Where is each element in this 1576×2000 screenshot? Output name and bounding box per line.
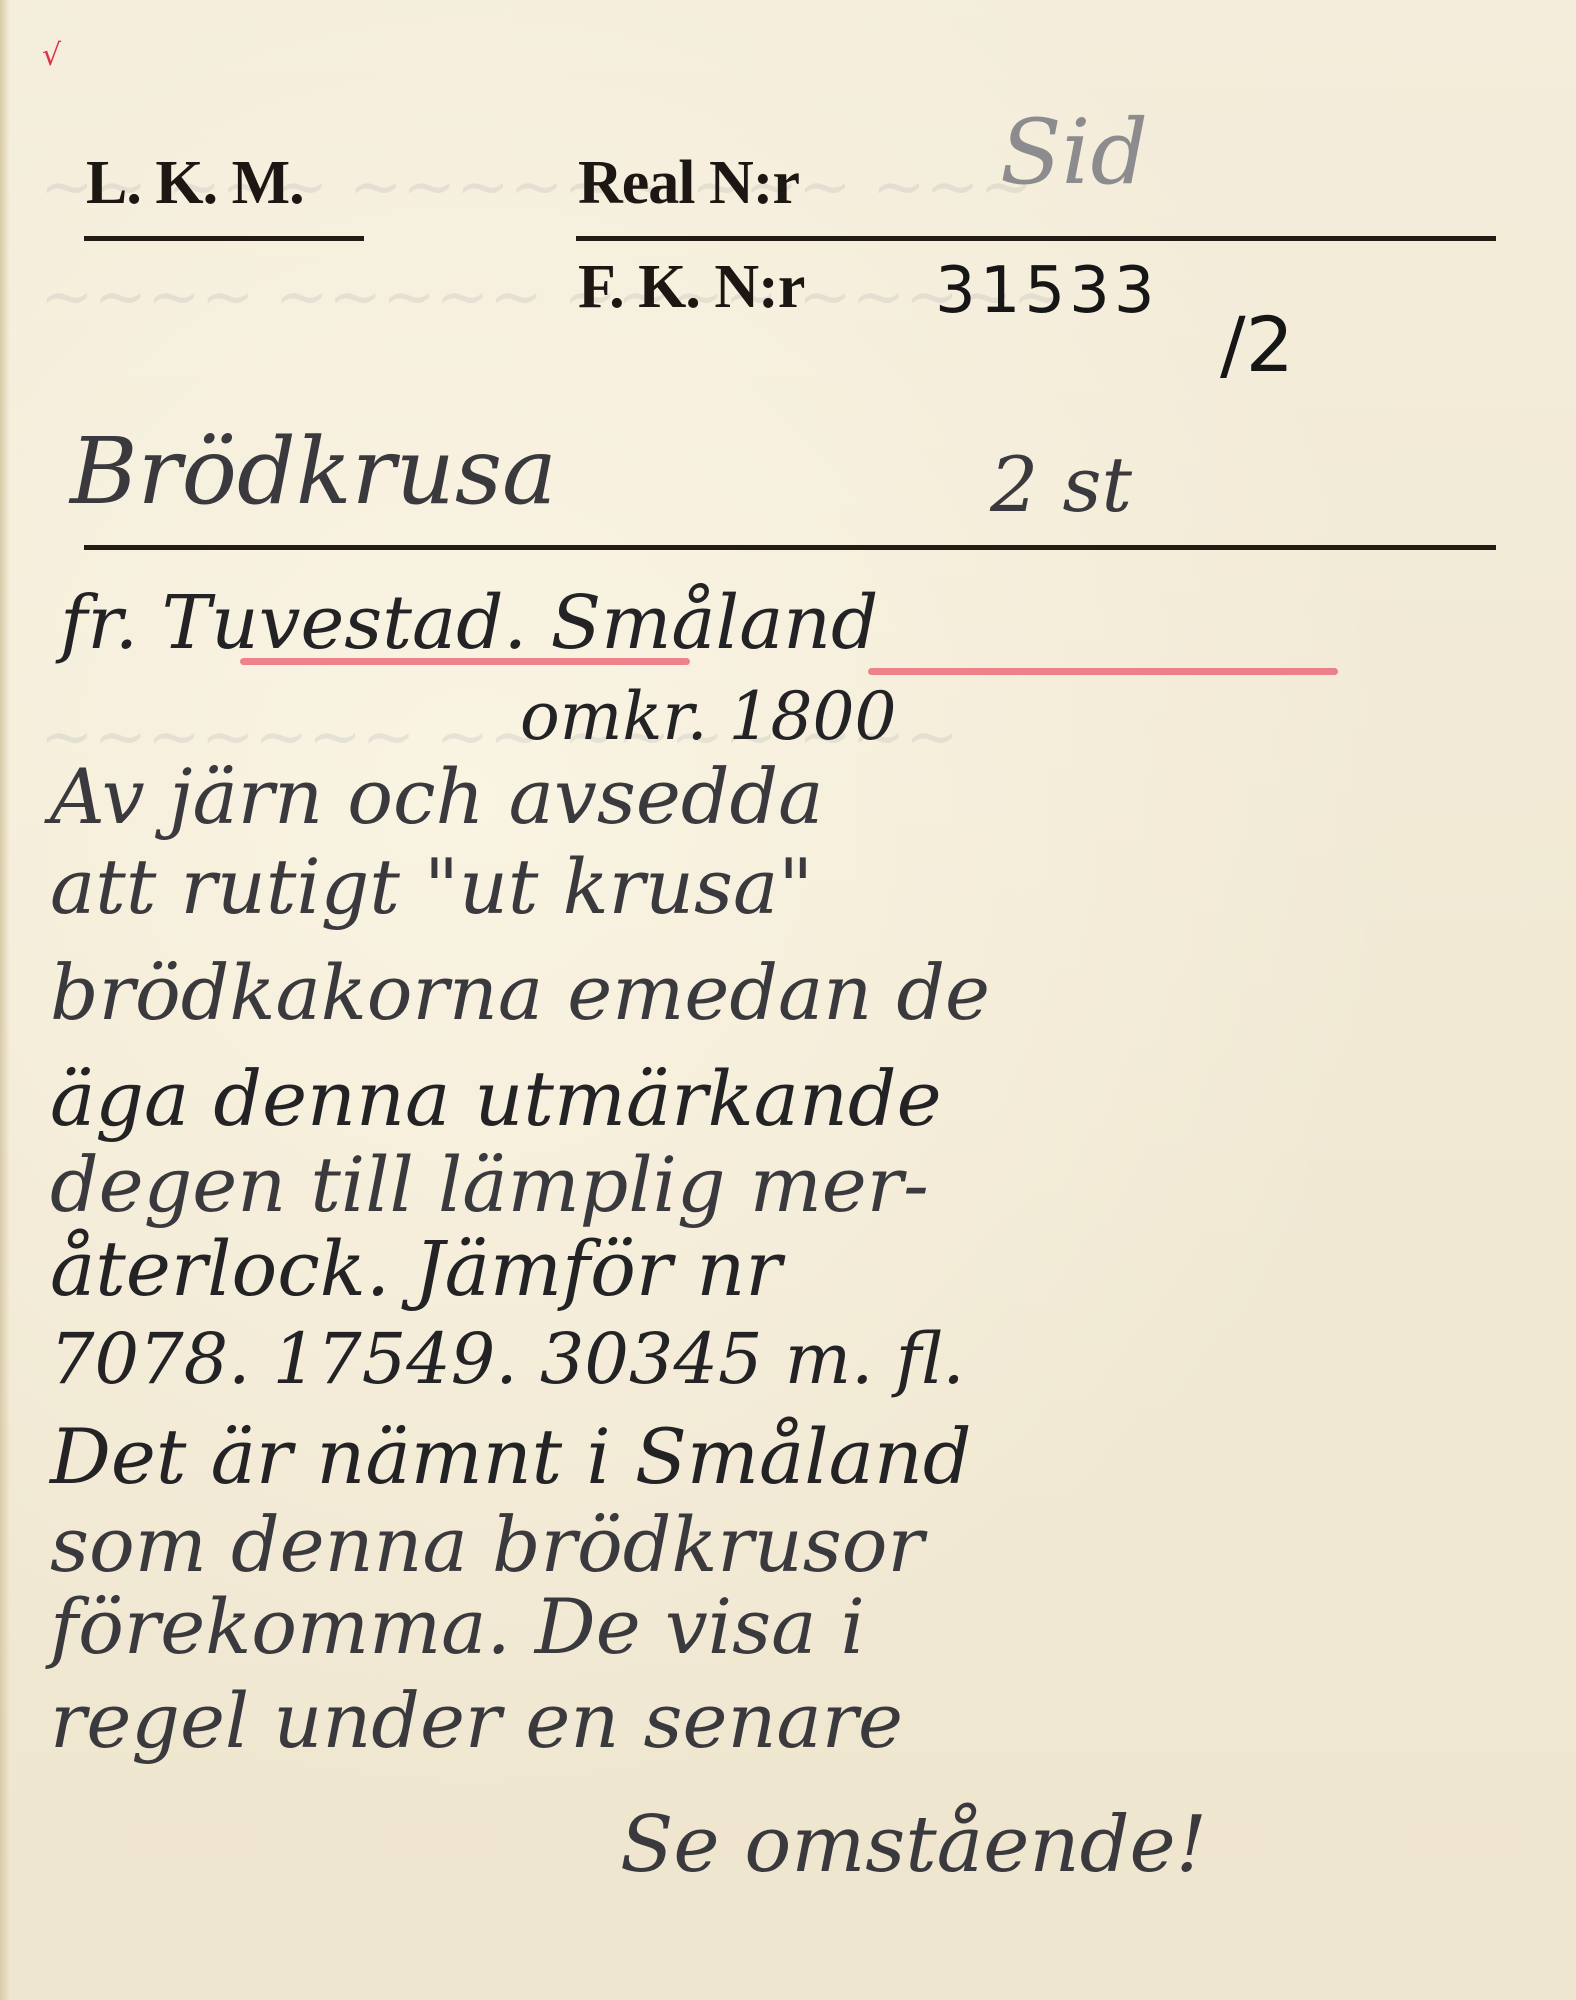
body-line-date: omkr. 1800: [520, 678, 897, 755]
object-quantity: 2 st: [990, 440, 1132, 529]
real-nr-value: Sid: [1000, 100, 1148, 205]
fk-nr-label: F. K. N:r: [578, 252, 804, 323]
object-name: Brödkrusa: [70, 418, 557, 525]
header-rule-right: [576, 236, 1496, 241]
body-line: återlock. Jämför nr: [50, 1224, 782, 1313]
body-line: förekomma. De visa i: [50, 1582, 865, 1671]
body-line: regel under en senare: [50, 1676, 903, 1765]
title-rule: [84, 545, 1496, 550]
body-line: att rutigt "ut krusa": [50, 842, 813, 931]
body-line-references: 7078. 17549. 30345 m. fl.: [50, 1318, 965, 1400]
body-line: som denna brödkrusor: [50, 1500, 924, 1589]
red-check-mark: √: [42, 38, 61, 73]
real-nr-label: Real N:r: [578, 148, 799, 219]
body-line: Av järn och avsedda: [50, 752, 823, 841]
red-underline-region: [868, 668, 1338, 675]
see-reverse-note: Se omstående!: [620, 1800, 1207, 1890]
fk-nr-suffix: /2: [1220, 300, 1294, 389]
catalog-card: ~~ ~~~ ~~~~~~ ~~~ ~~~ ~~~~ ~~~~~ ~~~~ ~~…: [0, 0, 1576, 2000]
body-line: Det är nämnt i Småland: [50, 1412, 972, 1501]
body-line: brödkakorna emedan de: [50, 948, 990, 1037]
body-line-origin: fr. Tuvestad. Småland: [60, 580, 878, 666]
red-underline-place: [240, 658, 690, 665]
bleed-through-text: ~~~~ ~~~~~ ~~~~ ~~~~~: [40, 260, 1066, 334]
header-rule-left: [84, 236, 364, 241]
body-line: äga denna utmärkande: [50, 1054, 942, 1143]
fk-nr-value: 31533: [935, 254, 1159, 328]
card-edge: [0, 0, 10, 2000]
body-line: degen till lämplig mer-: [50, 1140, 929, 1229]
institution-label: L. K. M.: [86, 148, 304, 219]
